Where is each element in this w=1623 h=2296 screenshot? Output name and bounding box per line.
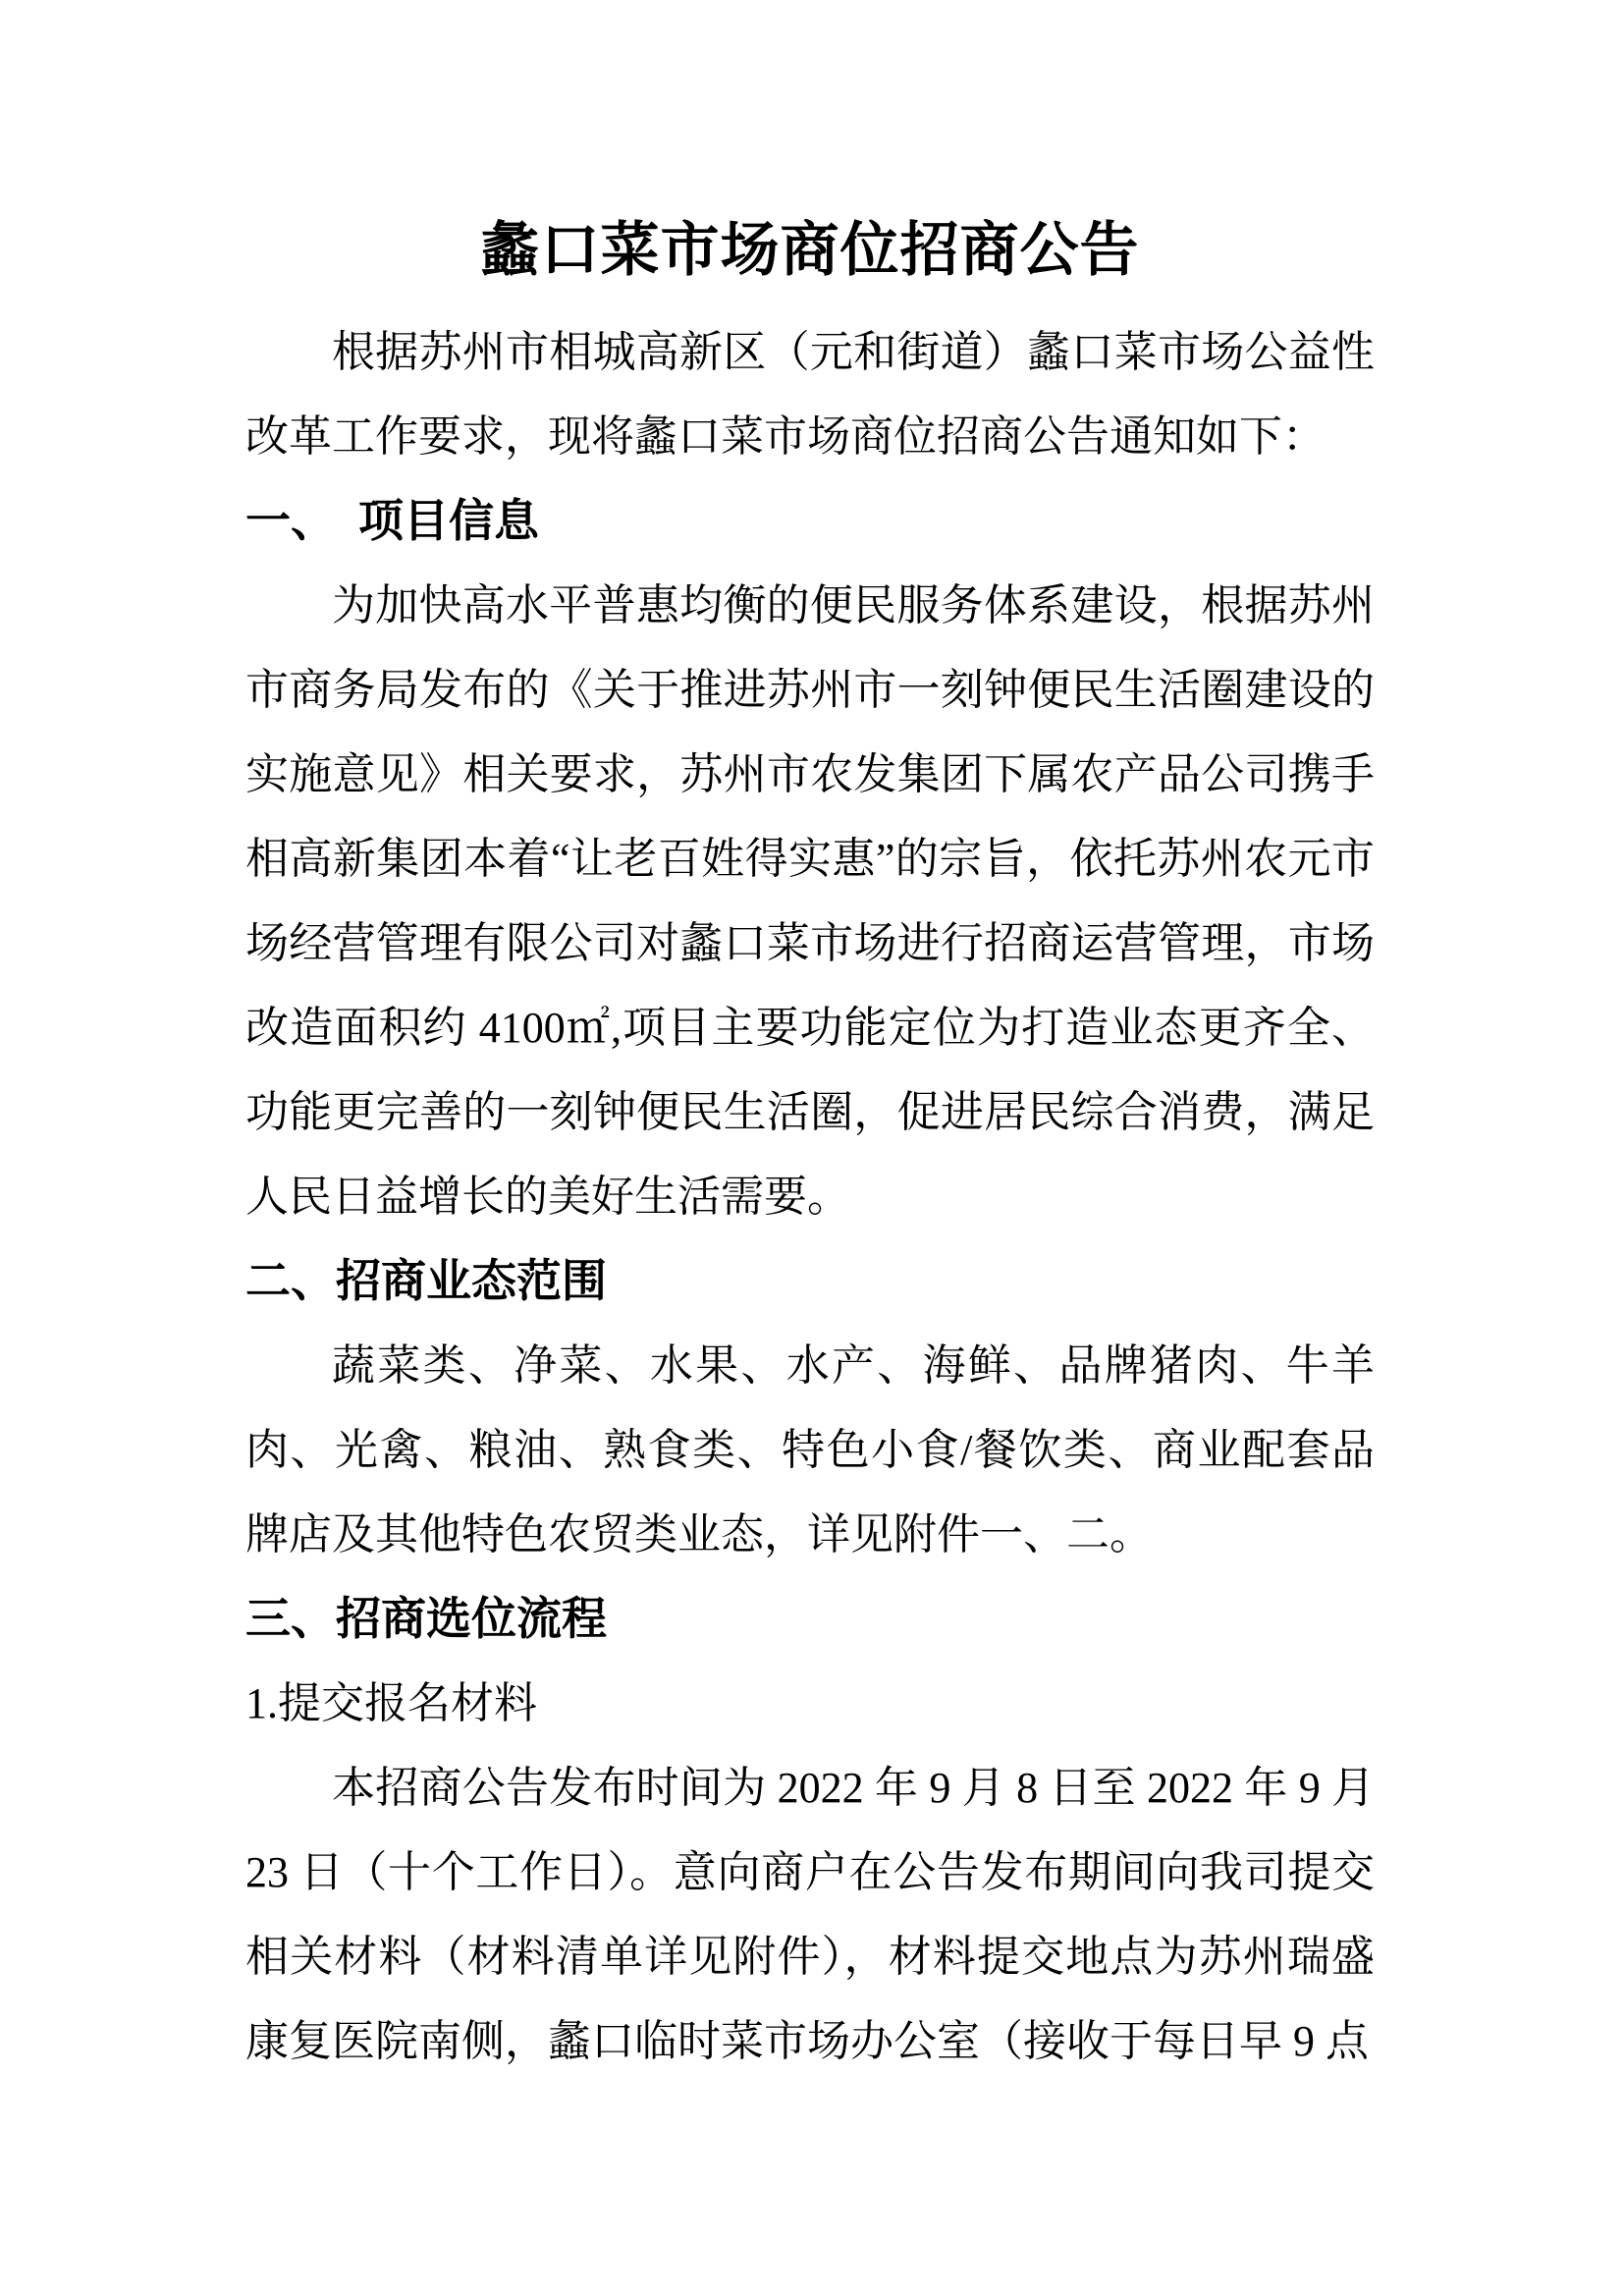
- section-2-body: 蔬菜类、净菜、水果、水产、海鲜、品牌猪肉、牛羊肉、光禽、粮油、熟食类、特色小食/…: [245, 1324, 1375, 1577]
- section-2-heading: 二、招商业态范围: [245, 1239, 1375, 1324]
- step-1-label: 1.提交报名材料: [245, 1662, 1375, 1746]
- step-1-body: 本招商公告发布时间为 2022 年 9 月 8 日至 2022 年 9 月 23…: [245, 1746, 1375, 2084]
- document-page: 蠡口菜市场商位招商公告 根据苏州市相城高新区（元和街道）蠡口菜市场公益性改革工作…: [0, 0, 1623, 2296]
- intro-paragraph: 根据苏州市相城高新区（元和街道）蠡口菜市场公益性改革工作要求，现将蠡口菜市场商位…: [245, 310, 1375, 479]
- document-title: 蠡口菜市场商位招商公告: [245, 191, 1375, 310]
- document-content: 蠡口菜市场商位招商公告 根据苏州市相城高新区（元和街道）蠡口菜市场公益性改革工作…: [245, 191, 1375, 2084]
- section-1-heading: 一、 项目信息: [245, 479, 1375, 564]
- section-3-heading: 三、招商选位流程: [245, 1577, 1375, 1662]
- section-1-body: 为加快高水平普惠均衡的便民服务体系建设，根据苏州市商务局发布的《关于推进苏州市一…: [245, 564, 1375, 1239]
